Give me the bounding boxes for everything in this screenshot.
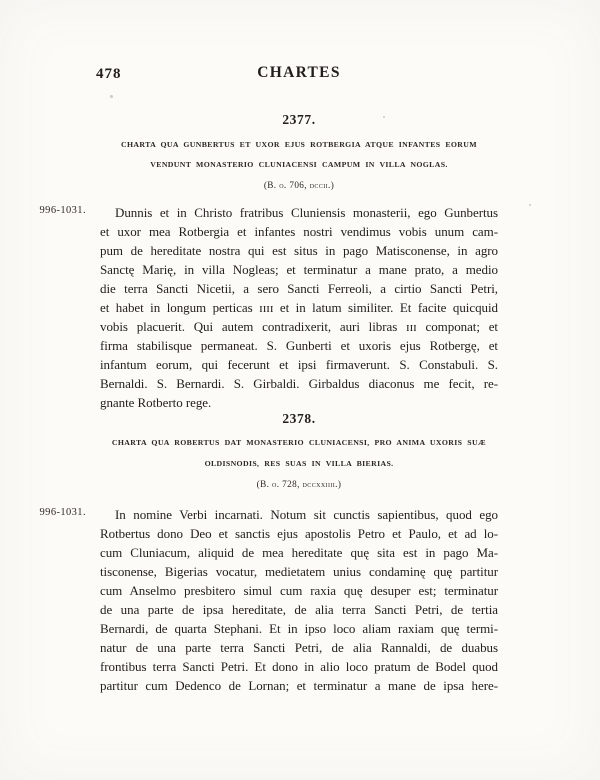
text-line: In nomine Verbi incarnati. Notum sit cun… bbox=[100, 505, 498, 524]
text-line: partitur cum Dedenco de Lornan; et termi… bbox=[100, 676, 498, 695]
scan-speck bbox=[383, 116, 385, 118]
scanned-book-page: 478 CHARTES 2377. CHARTA QUA GUNBERTUS E… bbox=[0, 0, 600, 780]
charter-title-line: CHARTA QUA ROBERTUS DAT MONASTERIO CLUNI… bbox=[100, 438, 498, 447]
margin-date: 996-1031. bbox=[30, 205, 86, 216]
text-line: cum Cluniacum, aliquid de mea hereditate… bbox=[100, 543, 498, 562]
text-line: et uxor mea Rotbergia et infantes nostri… bbox=[100, 222, 498, 241]
text-line: die terra Sancti Nicetii, a sero Sancti … bbox=[100, 279, 498, 298]
margin-date: 996-1031. bbox=[30, 507, 86, 518]
text-line: tisconense, Bigerias vocatur, medietatem… bbox=[100, 562, 498, 581]
text-line: infantum eorum, qui fecerunt et ipsi fir… bbox=[100, 355, 498, 374]
text-line: Dunnis et in Christo fratribus Cluniensi… bbox=[100, 203, 498, 222]
charter-title-line: OLDISNODIS, RES SUAS IN VILLA BIERIAS. bbox=[100, 459, 498, 468]
text-line: Bernardi, de quarta Stephani. Et in ipso… bbox=[100, 619, 498, 638]
charter-number: 2377. bbox=[100, 112, 498, 128]
charter-reference: (B. o. 706, dccii.) bbox=[100, 180, 498, 190]
text-line: Rotbertus dono Deo et sanctis ejus apost… bbox=[100, 524, 498, 543]
text-line: Bernaldi. S. Bernardi. S. Girbaldi. Girb… bbox=[100, 374, 498, 393]
text-line: frontibus terra Sancti Petri. Et dono in… bbox=[100, 657, 498, 676]
text-line: et habet in longum perticas ɪɪɪɪ et in l… bbox=[100, 298, 498, 317]
charter-reference: (B. o. 728, dccxxiiii.) bbox=[100, 479, 498, 489]
text-line: cum Anselmo presbitero simul cum raxia q… bbox=[100, 581, 498, 600]
text-line: de una parte de ipsa hereditate, de alia… bbox=[100, 600, 498, 619]
charter-title-line: VENDUNT MONASTERIO CLUNIACENSI CAMPUM IN… bbox=[100, 160, 498, 169]
charter-body-paragraph: In nomine Verbi incarnati. Notum sit cun… bbox=[100, 505, 498, 695]
scan-speck bbox=[529, 204, 531, 206]
text-line: firma stabilisque permaneat. S. Gunberti… bbox=[100, 336, 498, 355]
text-line: vobis placuerit. Qui autem contradixerit… bbox=[100, 317, 498, 336]
text-line: Sanctę Marię, in villa Nogleas; et termi… bbox=[100, 260, 498, 279]
running-head: CHARTES bbox=[100, 64, 498, 82]
text-line: natur de una parte terra Sancti Petri, d… bbox=[100, 638, 498, 657]
charter-body-paragraph: Dunnis et in Christo fratribus Cluniensi… bbox=[100, 203, 498, 412]
charter-title-line: CHARTA QUA GUNBERTUS ET UXOR EJUS ROTBER… bbox=[100, 140, 498, 149]
charter-number: 2378. bbox=[100, 411, 498, 427]
scan-speck bbox=[110, 95, 113, 98]
text-line: pum de hereditate nostra qui est situs i… bbox=[100, 241, 498, 260]
text-line: gnante Rotberto rege. bbox=[100, 393, 498, 412]
